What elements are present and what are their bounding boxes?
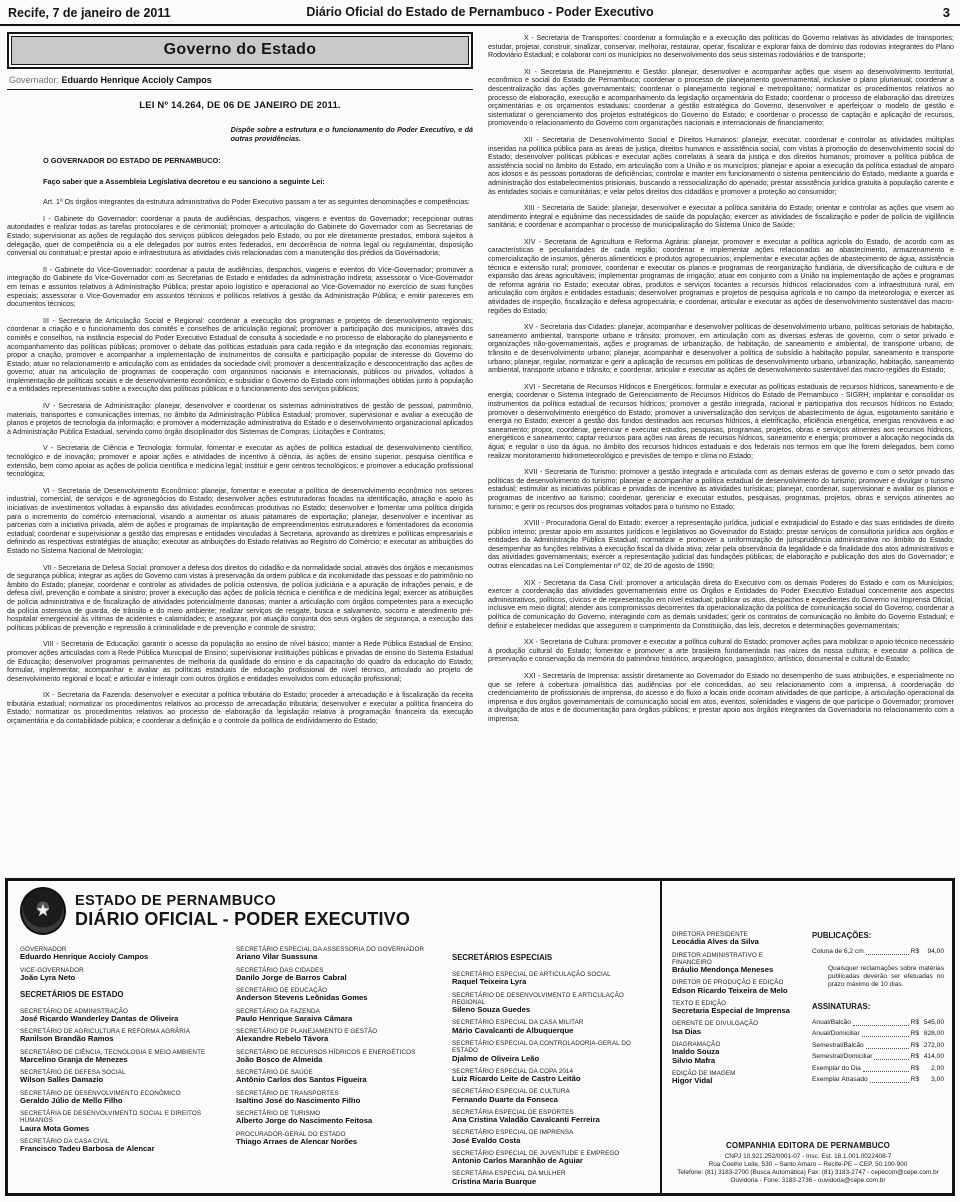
masthead-right-section: DIRETORA PRESIDENTE Leocádia Alves da Si…	[660, 881, 952, 1193]
gazette-page: Diário Oficial do Estado de Pernambuco -…	[0, 0, 960, 1202]
office-label: SECRETÁRIA DE DESENVOLVIMENTO SOCIAL E D…	[20, 1110, 222, 1125]
staff-entry: DIAGRAMAÇÃO Inaldo Souza Silvio Mafra	[672, 1041, 800, 1066]
price-label: Semestral/Domiciliar	[812, 1053, 872, 1061]
price-amount: 272,00	[919, 1042, 944, 1050]
office-holder-name: Sileno Souza Guedes	[452, 1006, 654, 1015]
masthead-entry: SECRETÁRIO ESPECIAL DA COPA 2014 Luiz Ri…	[452, 1068, 654, 1084]
law-items-left: Art. 1º Os órgãos integrantes da estrutu…	[7, 198, 473, 725]
subscription-price-row: Anual/Balcão R$ 545,00	[812, 1019, 944, 1027]
masthead-entry: GOVERNADOR Eduardo Henrique Accioly Camp…	[20, 946, 222, 962]
office-holder-name: Wilson Salles Damazio	[20, 1076, 222, 1085]
masthead-column-1: GOVERNADOR Eduardo Henrique Accioly Camp…	[20, 946, 222, 1191]
masthead-entry: SECRETÁRIOS ESPECIAIS	[452, 953, 654, 962]
office-holder-name: João Bosco de Almeida	[236, 1056, 438, 1065]
masthead-logo-text: ESTADO DE PERNAMBUCO DIÁRIO OFICIAL - PO…	[75, 893, 410, 929]
staff-name: Secretaria Especial de Imprensa	[672, 1007, 800, 1016]
dotted-leader	[866, 954, 909, 955]
masthead-logo: ★ ESTADO DE PERNAMBUCO DIÁRIO OFICIAL - …	[20, 888, 654, 934]
dotted-leader	[870, 1082, 909, 1083]
staff-name: Leocádia Alves da Silva	[672, 938, 800, 947]
office-holder-name: Laura Mota Gomes	[20, 1125, 222, 1134]
publisher-name: COMPANHIA EDITORA DE PERNAMBUCO	[674, 1141, 942, 1150]
left-column: Governo do Estado Governador: Eduardo He…	[7, 31, 473, 734]
office-holder-name: Mário Cavalcanti de Albuquerque	[452, 1027, 654, 1036]
page-header: Diário Oficial do Estado de Pernambuco -…	[0, 0, 960, 26]
office-holder-name: Ana Cristina Valadão Cavalcanti Ferreira	[452, 1116, 654, 1125]
law-paragraph: III - Secretaria de Articulação Social e…	[7, 317, 473, 394]
price-label: Anual/Balcão	[812, 1019, 851, 1027]
staff-entry: DIRETORA PRESIDENTE Leocádia Alves da Si…	[672, 931, 800, 947]
governor-label: Governador:	[9, 75, 59, 85]
law-paragraph: Art. 1º Os órgãos integrantes da estrutu…	[7, 198, 473, 207]
price-label: Anual/Domiciliar	[812, 1030, 860, 1038]
office-holder-name: Danilo Jorge de Barros Cabral	[236, 974, 438, 983]
masthead-entry: SECRETÁRIO ESPECIAL DA CONTROLADORIA-GER…	[452, 1040, 654, 1063]
price-label: Exemplar Atrasado	[812, 1076, 868, 1084]
law-paragraph: VI - Secretaria de Desenvolvimento Econô…	[7, 487, 473, 556]
editora-staff-column: DIRETORA PRESIDENTE Leocádia Alves da Si…	[672, 931, 800, 1137]
price-amount: 2,00	[919, 1065, 944, 1073]
office-holder-name: Paulo Henrique Saraiva Câmara	[236, 1015, 438, 1024]
masthead-left-section: ★ ESTADO DE PERNAMBUCO DIÁRIO OFICIAL - …	[8, 881, 660, 1193]
law-paragraph: V - Secretaria de Ciência e Tecnologia: …	[7, 444, 473, 478]
masthead-column-3: SECRETÁRIOS ESPECIAIS SECRETÁRIO ESPECIA…	[452, 946, 654, 1191]
masthead-entry: PROCURADOR-GERAL DO ESTADO Thiago Arraes…	[236, 1131, 438, 1147]
masthead-entry: SECRETÁRIO DA CASA CIVIL Francisco Tadeu…	[20, 1138, 222, 1154]
prices-column: PUBLICAÇÕES: Coluna de 6,2 cm R$ 94,00 Q…	[812, 931, 944, 1137]
dotted-leader	[862, 1036, 909, 1037]
law-title: LEI Nº 14.264, DE 06 DE JANEIRO DE 2011.	[7, 100, 473, 111]
law-paragraph: XIII - Secretaria de Saúde: planejar, de…	[488, 204, 954, 230]
masthead-entry: SECRETÁRIO ESPECIAL DA CASA MILITAR Mári…	[452, 1019, 654, 1035]
office-holder-name: Djalmo de Oliveira Leão	[452, 1055, 654, 1064]
masthead-entry: SECRETÁRIO DA FAZENDA Paulo Henrique Sar…	[236, 1008, 438, 1024]
currency-symbol: R$	[911, 1053, 919, 1061]
currency-symbol: R$	[911, 948, 919, 956]
staff-name: Edson Ricardo Teixeira de Melo	[672, 987, 800, 996]
office-holder-name: Anderson Stevens Leônidas Gomes	[236, 994, 438, 1003]
masthead-entry: SECRETÁRIO DE TRANSPORTES Isaltino José …	[236, 1090, 438, 1106]
masthead-entry: SECRETÁRIO ESPECIAL DE CULTURA Fernando …	[452, 1088, 654, 1104]
staff-name: Bráulio Mendonça Meneses	[672, 966, 800, 975]
masthead-entry: SECRETÁRIO ESPECIAL DA ASSESSORIA DO GOV…	[236, 946, 438, 962]
masthead-entry: SECRETÁRIO DE DEFESA SOCIAL Wilson Salle…	[20, 1069, 222, 1085]
office-holder-name: Alberto Jorge do Nascimento Feitosa	[236, 1117, 438, 1126]
law-paragraph: XIV - Secretaria de Agricultura e Reform…	[488, 238, 954, 315]
currency-symbol: R$	[911, 1019, 919, 1027]
publisher-detail-line: CNPJ 10.921.252/0001-07 - Insc. Est. 18.…	[674, 1153, 942, 1161]
masthead-entry: SECRETÁRIO DE SAÚDE Antônio Carlos dos S…	[236, 1069, 438, 1085]
office-holder-name: Fernando Duarte da Fonseca	[452, 1096, 654, 1105]
law-paragraph: I - Gabinete do Governador: coordenar a …	[7, 215, 473, 258]
masthead-entry: SECRETÁRIA ESPECIAL DE ESPORTES Ana Cris…	[452, 1109, 654, 1125]
masthead-group-heading: SECRETÁRIOS ESPECIAIS	[452, 953, 654, 962]
pe-coat-of-arms-icon: ★	[20, 887, 66, 935]
office-holder-name: Marcelino Granja de Menezes	[20, 1056, 222, 1065]
governor-name: Eduardo Henrique Accioly Campos	[62, 75, 212, 85]
office-holder-name: Eduardo Henrique Accioly Campos	[20, 953, 222, 962]
masthead-entry: SECRETÁRIO DE ADMINISTRAÇÃO José Ricardo…	[20, 1008, 222, 1024]
law-paragraph: XVII - Secretaria de Turismo: promover a…	[488, 468, 954, 511]
masthead-right-columns: DIRETORA PRESIDENTE Leocádia Alves da Si…	[672, 931, 944, 1137]
page-number: 3	[943, 5, 950, 20]
staff-entry: DIRETOR ADMINISTRATIVO E FINANCEIRO Bráu…	[672, 952, 800, 975]
masthead-entry: SECRETÁRIOS DE ESTADO	[20, 990, 222, 999]
publications-heading: PUBLICAÇÕES:	[812, 931, 944, 940]
law-paragraph: VII - Secretaria de Defesa Social: promo…	[7, 564, 473, 633]
publisher-detail-line: Telefone: (81) 3183-2700 (Busca Automáti…	[674, 1169, 942, 1177]
law-paragraph: XVIII - Procuradoria Geral do Estado: ex…	[488, 519, 954, 571]
gazette-title: Diário Oficial do Estado de Pernambuco -…	[0, 5, 960, 19]
masthead-entry: SECRETÁRIO ESPECIAL DE ARTICULAÇÃO SOCIA…	[452, 971, 654, 987]
currency-symbol: R$	[911, 1042, 919, 1050]
price-label: Semestral/Balcão	[812, 1042, 864, 1050]
currency-symbol: R$	[911, 1065, 919, 1073]
section-title-box: Governo do Estado	[7, 32, 473, 69]
law-paragraph: XII - Secretaria de Desenvolvimento Soci…	[488, 136, 954, 196]
masthead-entry: SECRETÁRIO DE CIÊNCIA, TECNOLOGIA E MEIO…	[20, 1049, 222, 1065]
law-paragraph: XVI - Secretaria de Recursos Hídricos e …	[488, 383, 954, 460]
staff-role-label: DIRETOR ADMINISTRATIVO E FINANCEIRO	[672, 952, 800, 967]
office-holder-name: Francisco Tadeu Barbosa de Alencar	[20, 1145, 222, 1154]
price-amount: 828,00	[919, 1030, 944, 1038]
publisher-detail-line: Ouvidoria - Fone: 3183-2736 - ouvidoria@…	[674, 1177, 942, 1185]
office-holder-name: José Evaldo Costa	[452, 1137, 654, 1146]
office-holder-name: Isaltino José do Nascimento Filho	[236, 1097, 438, 1106]
subscription-price-row: Exemplar Atrasado R$ 3,00	[812, 1076, 944, 1084]
masthead-entry: SECRETÁRIO DE PLANEJAMENTO E GESTÃO Alex…	[236, 1028, 438, 1044]
publisher-details: CNPJ 10.921.252/0001-07 - Insc. Est. 18.…	[674, 1153, 942, 1185]
subscription-price-list: Anual/Balcão R$ 545,00 Anual/Domiciliar …	[812, 1019, 944, 1085]
law-preamble: O GOVERNADOR DO ESTADO DE PERNAMBUCO:	[7, 157, 473, 166]
governor-line: Governador: Eduardo Henrique Accioly Cam…	[7, 72, 473, 90]
masthead-state-name: ESTADO DE PERNAMBUCO	[75, 893, 410, 909]
subscriptions-heading: ASSINATURAS:	[812, 1002, 944, 1011]
law-paragraph: IX - Secretaria da Fazenda: desenvolver …	[7, 691, 473, 725]
right-column: X - Secretaria de Transportes: coordenar…	[488, 31, 954, 734]
subscription-price-row: Semestral/Domiciliar R$ 414,00	[812, 1053, 944, 1061]
masthead-entry: SECRETÁRIO DE EDUCAÇÃO Anderson Stevens …	[236, 987, 438, 1003]
masthead-entry: SECRETÁRIO DAS CIDADES Danilo Jorge de B…	[236, 967, 438, 983]
price-amount: 94,00	[919, 948, 944, 956]
law-paragraph: XV - Secretaria das Cidades: planejar, a…	[488, 323, 954, 375]
law-body: Governo do Estado Governador: Eduardo He…	[0, 26, 960, 734]
subscription-price-row: Exemplar do Dia R$ 2,00	[812, 1065, 944, 1073]
masthead-entry: SECRETÁRIA DE DESENVOLVIMENTO SOCIAL E D…	[20, 1110, 222, 1133]
law-paragraph: XX - Secretaria de Cultura: promover e e…	[488, 638, 954, 664]
law-items-right: X - Secretaria de Transportes: coordenar…	[488, 34, 954, 724]
masthead-columns: GOVERNADOR Eduardo Henrique Accioly Camp…	[20, 946, 654, 1191]
law-paragraph: XIX - Secretaria da Casa Civil: promover…	[488, 579, 954, 631]
office-label: SECRETÁRIO ESPECIAL DA CONTROLADORIA-GER…	[452, 1040, 654, 1055]
masthead-gazette-name: DIÁRIO OFICIAL - PODER EXECUTIVO	[75, 909, 410, 929]
dotted-leader	[853, 1025, 909, 1026]
subscription-price-row: Semestral/Balcão R$ 272,00	[812, 1042, 944, 1050]
office-label: SECRETÁRIO DE DESENVOLVIMENTO E ARTICULA…	[452, 992, 654, 1007]
currency-symbol: R$	[911, 1030, 919, 1038]
masthead-group-heading: SECRETÁRIOS DE ESTADO	[20, 990, 222, 999]
dotted-leader	[874, 1059, 908, 1060]
masthead-entry: SECRETÁRIO DE TURISMO Alberto Jorge do N…	[236, 1110, 438, 1126]
office-holder-name: Cristina Maria Buarque	[452, 1178, 654, 1187]
office-holder-name: Ranilson Brandão Ramos	[20, 1035, 222, 1044]
publisher-detail-line: Rua Coelho Leite, 530 – Santo Amaro – Re…	[674, 1161, 942, 1169]
office-holder-name: João Lyra Neto	[20, 974, 222, 983]
law-paragraph: XXI - Secretaria de Imprensa: assistir d…	[488, 672, 954, 724]
masthead-entry: SECRETÁRIO DE DESENVOLVIMENTO ECONÔMICO …	[20, 1090, 222, 1106]
office-holder-name: Thiago Arraes de Alencar Norões	[236, 1138, 438, 1147]
staff-name: Inaldo Souza Silvio Mafra	[672, 1048, 800, 1065]
masthead-entry: SECRETÁRIO ESPECIAL DE JUVENTUDE E EMPRE…	[452, 1150, 654, 1166]
office-holder-name: Antonio Carlos Maranhão de Aguiar	[452, 1157, 654, 1166]
masthead-entry: SECRETÁRIO DE AGRICULTURA E REFORMA AGRÁ…	[20, 1028, 222, 1044]
staff-entry: TEXTO E EDIÇÃO Secretaria Especial de Im…	[672, 1000, 800, 1016]
dotted-leader	[866, 1048, 909, 1049]
office-holder-name: Luiz Ricardo Leite de Castro Leitão	[452, 1075, 654, 1084]
staff-entry: DIRETOR DE PRODUÇÃO E EDIÇÃO Edson Ricar…	[672, 979, 800, 995]
masthead-entry: SECRETÁRIO DE RECURSOS HÍDRICOS E ENERGÉ…	[236, 1049, 438, 1065]
office-holder-name: Raquel Teixeira Lyra	[452, 978, 654, 987]
law-ementa: Dispõe sobre a estrutura e o funcionamen…	[231, 125, 473, 143]
masthead-column-2: SECRETÁRIO ESPECIAL DA ASSESSORIA DO GOV…	[236, 946, 438, 1191]
price-label: Exemplar do Dia	[812, 1065, 861, 1073]
price-amount: 545,00	[919, 1019, 944, 1027]
office-holder-name: Geraldo Júlio de Mello Filho	[20, 1097, 222, 1106]
masthead-entry: SECRETÁRIO ESPECIAL DE IMPRENSA José Eva…	[452, 1129, 654, 1145]
staff-entry: GERENTE DE DIVULGAÇÃO Isa Dias	[672, 1020, 800, 1036]
publications-note: Quaisquer reclamações sobre matérias pub…	[828, 965, 944, 990]
law-paragraph: XI - Secretaria de Planejamento e Gestão…	[488, 68, 954, 128]
office-holder-name: Antônio Carlos dos Santos Figueira	[236, 1076, 438, 1085]
publisher-info: COMPANHIA EDITORA DE PERNAMBUCO CNPJ 10.…	[672, 1137, 944, 1187]
law-enacting-formula: Faço saber que a Assembleia Legislativa …	[7, 178, 473, 187]
staff-entry: EDIÇÃO DE IMAGEM Higor Vidal	[672, 1070, 800, 1086]
currency-symbol: R$	[911, 1076, 919, 1084]
masthead-entry: SECRETÁRIA ESPECIAL DA MULHER Cristina M…	[452, 1170, 654, 1186]
masthead-entry: VICE-GOVERNADOR João Lyra Neto	[20, 967, 222, 983]
office-holder-name: José Ricardo Wanderley Dantas de Oliveir…	[20, 1015, 222, 1024]
dotted-leader	[863, 1071, 909, 1072]
law-paragraph: IV - Secretaria de Administração: planej…	[7, 402, 473, 436]
office-holder-name: Ariano Vilar Suassuna	[236, 953, 438, 962]
publication-price-row: Coluna de 6,2 cm R$ 94,00	[812, 948, 944, 956]
masthead-box: ★ ESTADO DE PERNAMBUCO DIÁRIO OFICIAL - …	[5, 878, 955, 1196]
staff-name: Higor Vidal	[672, 1077, 800, 1086]
law-paragraph: X - Secretaria de Transportes: coordenar…	[488, 34, 954, 60]
office-holder-name: Alexandre Rebelo Távora	[236, 1035, 438, 1044]
masthead-entry: SECRETÁRIO DE DESENVOLVIMENTO E ARTICULA…	[452, 992, 654, 1015]
price-amount: 3,00	[919, 1076, 944, 1084]
price-amount: 414,00	[919, 1053, 944, 1061]
price-label: Coluna de 6,2 cm	[812, 948, 864, 956]
subscription-price-row: Anual/Domiciliar R$ 828,00	[812, 1030, 944, 1038]
staff-name: Isa Dias	[672, 1028, 800, 1037]
law-paragraph: VIII - Secretaria de Educação: garantir …	[7, 640, 473, 683]
section-title: Governo do Estado	[11, 36, 469, 65]
law-paragraph: II - Gabinete do Vice-Governador: coorde…	[7, 266, 473, 309]
